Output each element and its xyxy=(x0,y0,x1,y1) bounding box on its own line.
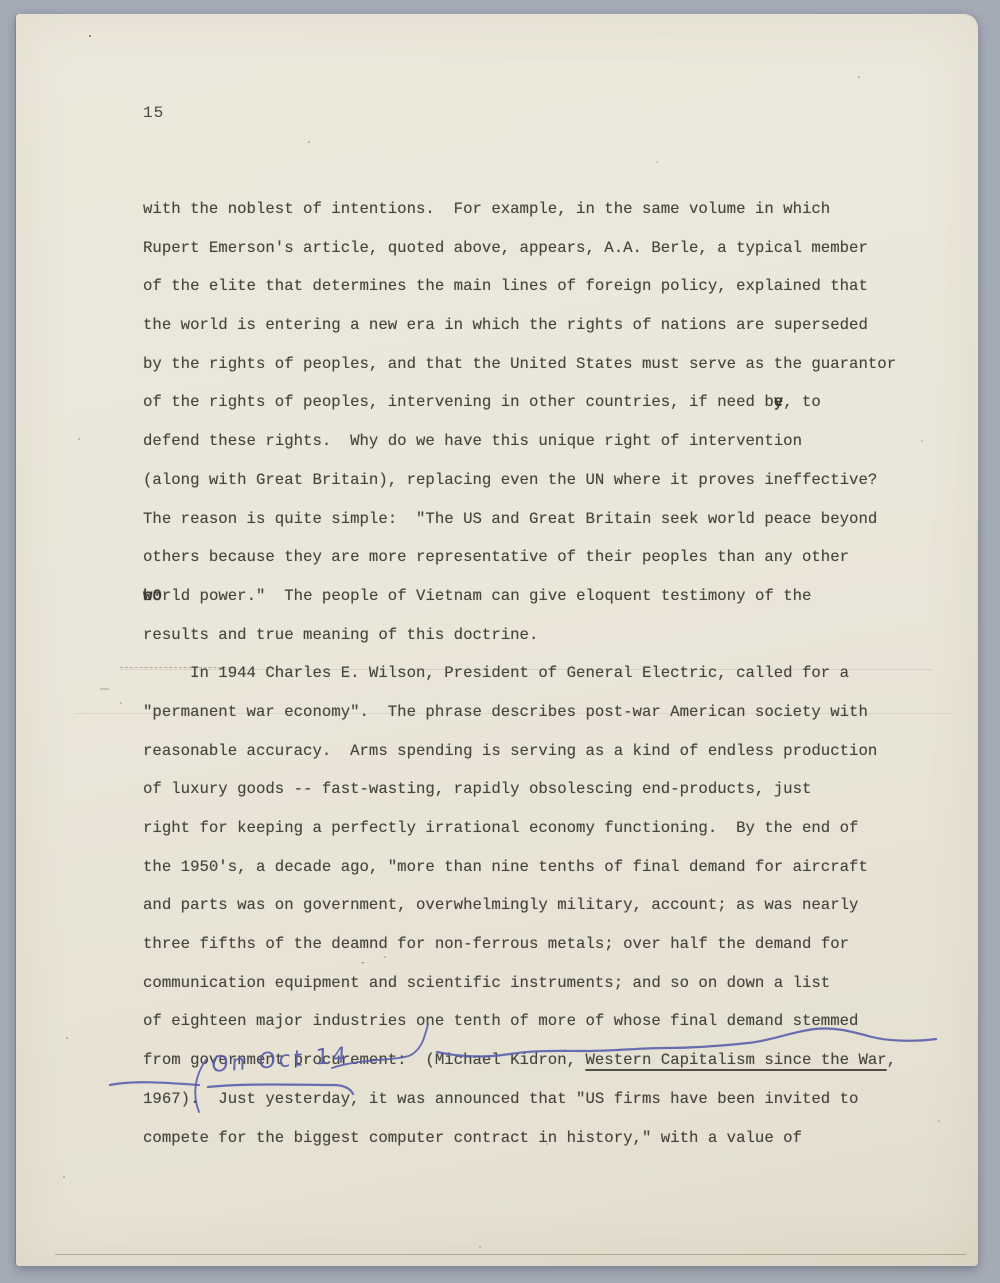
typewritten-line: 1967). Just yesterday, it was announced … xyxy=(143,1080,963,1119)
typewritten-line: and parts was on government, overwhelmin… xyxy=(143,886,963,925)
typewritten-line: The reason is quite simple: "The US and … xyxy=(143,500,963,539)
typewritten-line: results and true meaning of this doctrin… xyxy=(143,616,963,655)
typewritten-line: others because they are more representat… xyxy=(143,538,963,577)
paper-specks xyxy=(16,14,18,16)
typewritten-line: communication equipment and scientific i… xyxy=(143,964,963,1003)
typewritten-line: (along with Great Britain), replacing ev… xyxy=(143,461,963,500)
typewritten-line: of the elite that determines the main li… xyxy=(143,267,963,306)
typewritten-line: "permanent war economy". The phrase desc… xyxy=(143,693,963,732)
typewritten-text: with the noblest of intentions. For exam… xyxy=(143,190,963,1157)
typewritten-line: Rupert Emerson's article, quoted above, … xyxy=(143,229,963,268)
typewritten-line: the 1950's, a decade ago, "more than nin… xyxy=(143,848,963,887)
typewritten-line: the world is entering a new era in which… xyxy=(143,306,963,345)
typewritten-line: defend these rights. Why do we have this… xyxy=(143,422,963,461)
typewritten-line: reasonable accuracy. Arms spending is se… xyxy=(143,732,963,771)
typewritten-line: of the rights of peoples, intervening in… xyxy=(143,383,963,422)
typewritten-line: of eighteen major industries one tenth o… xyxy=(143,1002,963,1041)
typewritten-line: by the rights of peoples, and that the U… xyxy=(143,345,963,384)
typescript-page: 15 with the noblest of intentions. For e… xyxy=(16,14,978,1266)
typewritten-line: with the noblest of intentions. For exam… xyxy=(143,190,963,229)
typewritten-line: three fifths of the deaˬmnd for non-ferr… xyxy=(143,925,963,964)
typewritten-line: compete for the biggest computer contrac… xyxy=(143,1119,963,1158)
under-sheet-edge xyxy=(55,1254,966,1255)
typewritten-line: In 1944 Charles E. Wilson, President of … xyxy=(143,654,963,693)
margin-smudge xyxy=(100,688,109,690)
page-number: 15 xyxy=(143,104,164,122)
typewritten-line: bw0orld power." The people of Vietnam ca… xyxy=(143,577,963,616)
typewritten-line: of luxury goods -- fast-wasting, rapidly… xyxy=(143,770,963,809)
scanned-page-background: 15 with the noblest of intentions. For e… xyxy=(0,0,1000,1283)
typewritten-line: right for keeping a perfectly irrational… xyxy=(143,809,963,848)
